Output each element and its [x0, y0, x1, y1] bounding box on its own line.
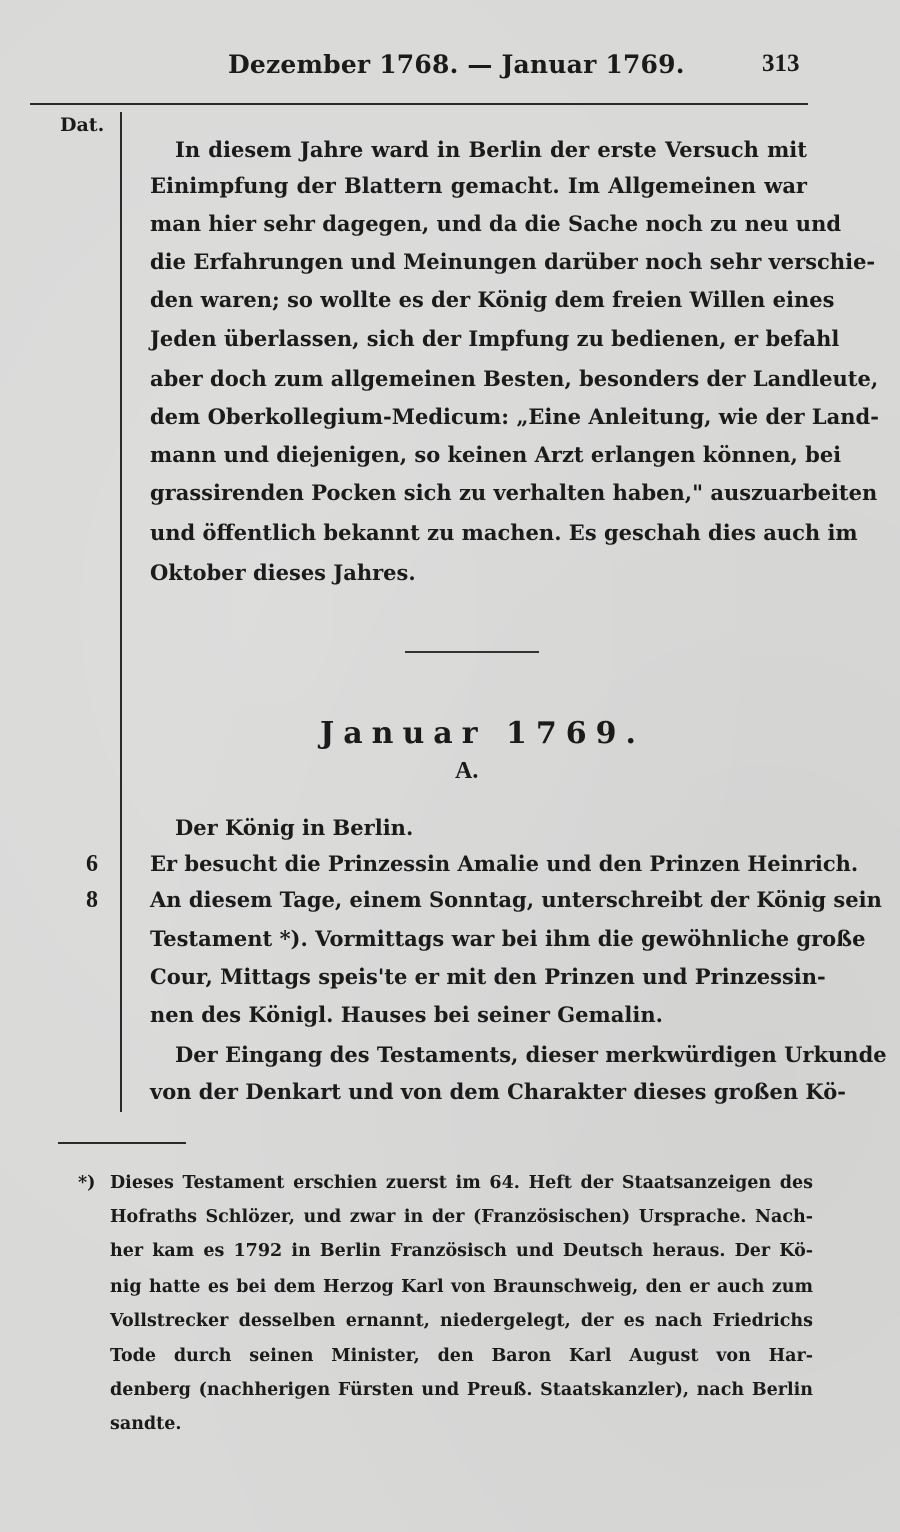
footnote-rule: [58, 1142, 186, 1144]
footnote-line: her kam es 1792 in Berlin Französisch un…: [110, 1234, 813, 1269]
page-number: 313: [762, 50, 800, 78]
date-column-rule: [120, 112, 122, 1112]
text-line: grassirenden Pocken sich zu verhalten ha…: [150, 474, 807, 512]
header-rule: [30, 103, 808, 105]
entry-date: 6: [86, 845, 98, 883]
text-line: aber doch zum allgemeinen Besten, besond…: [150, 360, 807, 398]
text-line: Der Eingang des Testaments, dieser merkw…: [150, 1036, 807, 1074]
text-line: man hier sehr dagegen, und da die Sache …: [150, 205, 807, 243]
section-divider: [405, 651, 539, 653]
text-line: die Erfahrungen und Meinungen darüber no…: [150, 243, 807, 281]
footnote-line: Tode durch seinen Minister, den Baron Ka…: [110, 1339, 813, 1374]
entry-date: 8: [86, 881, 98, 919]
text-line: nen des Königl. Hauses bei seiner Gemali…: [150, 996, 807, 1034]
text-line: Einimpfung der Blattern gemacht. Im Allg…: [150, 167, 807, 205]
text-line: von der Denkart und von dem Charakter di…: [150, 1073, 807, 1111]
text-line: Oktober dieses Jahres.: [150, 554, 807, 592]
section-title: Januar 1769.: [320, 716, 645, 751]
footnote-line: sandte.: [110, 1407, 813, 1442]
text-line: In diesem Jahre ward in Berlin der erste…: [150, 131, 807, 169]
text-line: Jeden überlassen, sich der Impfung zu be…: [150, 320, 807, 358]
text-line: mann und diejenigen, so keinen Arzt erla…: [150, 436, 807, 474]
footnote-line: Hofraths Schlözer, und zwar in der (Fran…: [110, 1200, 813, 1235]
footnote-line: Dieses Testament erschien zuerst im 64. …: [110, 1166, 813, 1201]
footnote-line: nig hatte es bei dem Herzog Karl von Bra…: [110, 1270, 813, 1305]
section-intro: Der König in Berlin.: [150, 809, 807, 847]
book-page: Dezember 1768. — Januar 1769. 313 Dat. I…: [0, 0, 900, 1532]
text-line: An diesem Tage, einem Sonntag, unterschr…: [150, 881, 807, 919]
footnote-line: Vollstrecker desselben ernannt, niederge…: [110, 1304, 813, 1339]
section-subtitle: A.: [455, 758, 478, 785]
text-line: dem Oberkollegium-Medicum: „Eine Anleitu…: [150, 398, 807, 436]
running-head: Dezember 1768. — Januar 1769.: [228, 50, 685, 79]
footnote-line: denberg (nachherigen Fürsten und Preuß. …: [110, 1373, 813, 1408]
text-line: Er besucht die Prinzessin Amalie und den…: [150, 845, 807, 883]
date-column-label: Dat.: [60, 114, 104, 136]
text-line: und öffentlich bekannt zu machen. Es ges…: [150, 514, 807, 552]
footnote-marker: *): [78, 1166, 95, 1201]
text-line: den waren; so wollte es der König dem fr…: [150, 281, 807, 319]
text-line: Testament *). Vormittags war bei ihm die…: [150, 920, 807, 958]
text-line: Cour, Mittags speis'te er mit den Prinze…: [150, 958, 807, 996]
